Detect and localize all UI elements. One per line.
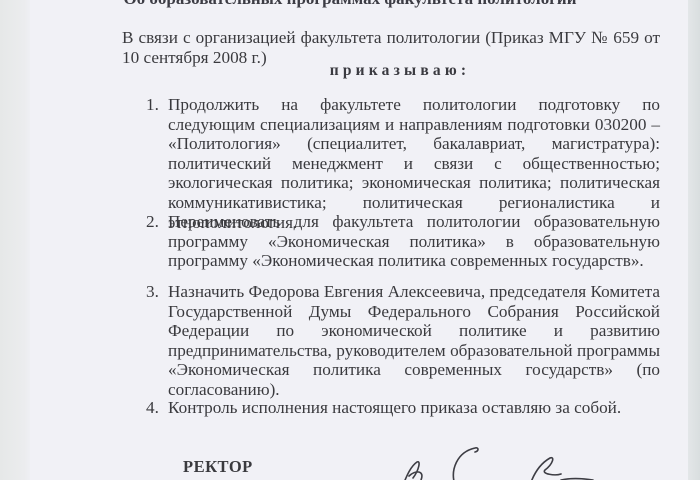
- signature-icon: [395, 440, 595, 480]
- order-item-4: 4. Контроль исполнения настоящего приказ…: [146, 398, 660, 418]
- item-number: 4.: [146, 398, 168, 418]
- item-text: Назначить Федорова Евгения Алексеевича, …: [168, 282, 660, 400]
- order-item-3: 3. Назначить Федорова Евгения Алексеевич…: [146, 282, 660, 400]
- decree-heading: приказываю:: [0, 62, 700, 80]
- item-number: 2.: [146, 212, 168, 232]
- item-number: 1.: [146, 95, 168, 115]
- item-number: 3.: [146, 282, 168, 302]
- signatory-title: РЕКТОР: [183, 457, 253, 477]
- order-item-2: 2. Переименовать для факультета политоло…: [146, 212, 660, 271]
- document-title: Об образовательных программах факультета…: [0, 0, 700, 9]
- item-text: Контроль исполнения настоящего приказа о…: [168, 398, 660, 418]
- item-text: Переименовать для факультета политологии…: [168, 212, 660, 271]
